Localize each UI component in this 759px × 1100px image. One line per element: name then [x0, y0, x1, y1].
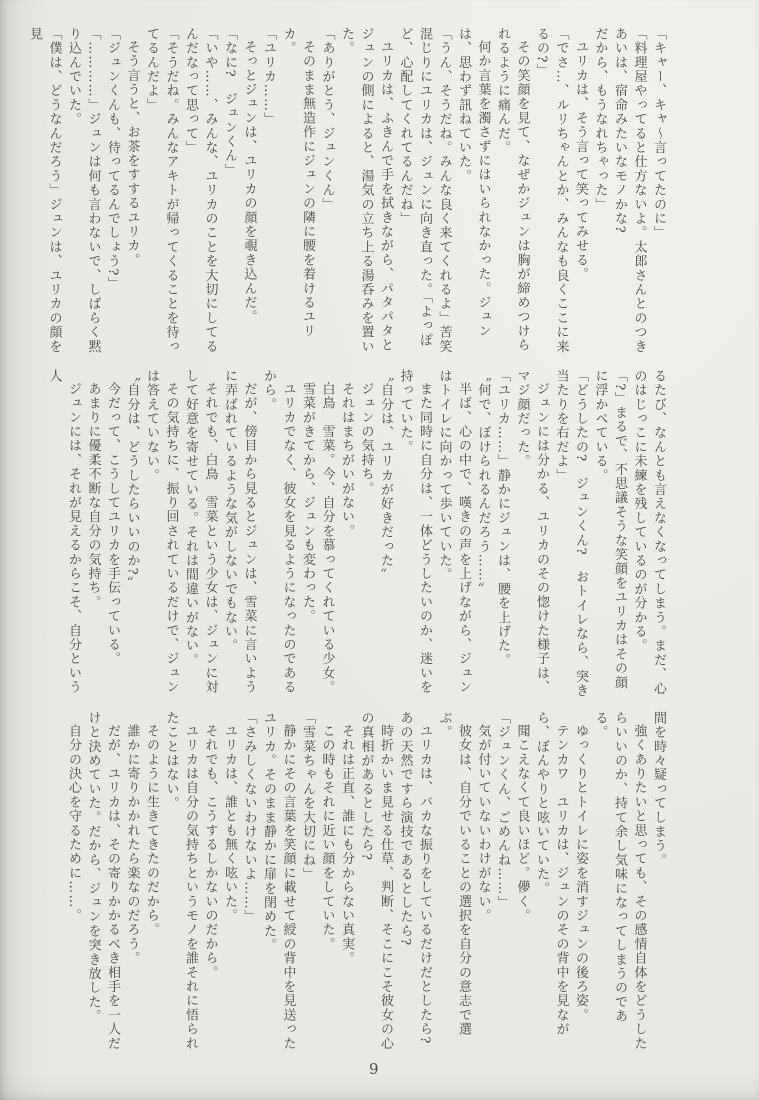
paragraph: ジュンには分かる、ユリカのその惚けた様子は、マジ顔だった。 — [512, 369, 551, 701]
paragraph: 〝自分は、どうしたらいいのか?〟 — [122, 369, 142, 701]
page-number: 9 — [369, 1060, 379, 1078]
paragraph: 間を時々疑ってしまう。 — [649, 711, 669, 1051]
paragraph: その気持ちに、振り回されているだけで、ジュンは答えていない。 — [142, 369, 181, 701]
paragraph: ユリカは、そう言って笑ってみせる。 — [571, 27, 591, 359]
paragraph: だが、傍目から見るとジュンは、雪菜に言いように弄ばれているような気がしないでもな… — [220, 369, 259, 701]
paragraph: その笑顔を見て、なぜかジュンは胸が締めつけられるように痛んだ。 — [493, 27, 532, 359]
paragraph: それでも、こうするしかないのだから。 — [200, 711, 220, 1051]
paragraph: そう言うと、お茶をすするユリカ。 — [122, 27, 142, 359]
paragraph: テンカワ ユリカは、ジュンのその背中を見ながら、ぼんやりと呟いていた。 — [532, 711, 571, 1051]
paragraph: 「いや……、みんな、ユリカのことを大切にしてるんだなって思って」 — [181, 27, 220, 359]
paragraph: ジュンの気持ち。 — [356, 369, 376, 701]
paragraph: ゆっくりとトイレに姿を消すジュンの後ろ姿。 — [571, 711, 591, 1051]
scanned-book-page: 「キャー、キャ〜言ってたのに」「料理屋やってると仕方ないよ。太郎さんとのつきあい… — [0, 0, 759, 1100]
paragraph: 雪菜がきてから、ジュンも変わった。 — [298, 369, 318, 701]
paragraph: 彼女は、自分でいることの選択を自分の意志で選ぶ。 — [434, 711, 473, 1051]
paragraph: 「でさ…、ルリちゃんとか、みんなも良くここに来るの?」 — [532, 27, 571, 359]
paragraph: だから、もうなれちゃった」 — [590, 27, 610, 359]
paragraph: 「ユリカ……」静かにジュンは、腰を上げた。 — [493, 369, 513, 701]
paragraph: あまりに優柔不断な自分の気持ち。 — [83, 369, 103, 701]
paragraph: 「そうだね。みんなアキトが帰ってくることを待ってるんだよ」 — [142, 27, 181, 359]
paragraph: 気が付いていないわけがない。 — [473, 711, 493, 1051]
paragraph: 誰かに寄りかかれたら楽なのだろう。 — [122, 711, 142, 1051]
paragraph: 強くありたいと思っても、その感情自体をどうしたらいいのか、持て余し気味になってし… — [590, 711, 649, 1051]
paragraph: 聞こえなくて良いほど。儚く。 — [512, 711, 532, 1051]
paragraph: 「…………」ジュンは何も言わないで、しばらく黙り込んでいた。 — [64, 27, 103, 359]
paragraph: 「うん、そうだね。みんな良く来てくれるよ」苦笑混じりにユリカは、ジュンに向き直っ… — [395, 27, 454, 359]
text-block-middle: るたび、なんとも言えなくなってしまう。まだ、心のはじっこに未練を残しているのが分… — [44, 369, 668, 701]
paragraph: また同時に自分は、一体どうしたいのか、迷いを持っていた。 — [395, 369, 434, 701]
paragraph: るたび、なんとも言えなくなってしまう。まだ、心のはじっこに未練を残しているのが分… — [629, 369, 668, 701]
paragraph: 「?」まるで、不思議そうな笑顔をユリカはその顔に浮かべている。 — [590, 369, 629, 701]
paragraph: ユリカでなく、彼女を見るようになったのであるから。 — [259, 369, 298, 701]
paragraph: ユリカは自分の気持ちというモノを誰それに悟られたことはない。 — [161, 711, 200, 1051]
paragraph: この時もそれに近い顔をしていた。 — [317, 711, 337, 1051]
paragraph: 〝自分は、ユリカが好きだった〟 — [376, 369, 396, 701]
paragraph: 静かにその言葉を笑顔に載せて綬の背中を見送ったユリカ。そのまま静かに扉を閉めた。 — [259, 711, 298, 1051]
paragraph: 「なに? ジュンくん」 — [220, 27, 240, 359]
paragraph: それでも、白鳥 雪菜という少女は、ジュンに対して好意を寄せている。それは間違いが… — [181, 369, 220, 701]
paragraph: ジュンには、それが見えるからこそ、自分という人 — [44, 369, 83, 701]
paragraph: ユリカは、バカな振りをしているだけだとしたら? あの天然ですら演技であるとしたら… — [395, 711, 434, 1051]
paragraph: だが、ユリカは、その寄りかかるべき相手を一人だけと決めていた。だから、ジュンを突… — [83, 711, 122, 1051]
paragraph: 時折かいま見せる仕草、判断、そこにこそ彼女の心の真相があるとしたら? — [356, 711, 395, 1051]
paragraph: 「ジュンくん、ごめんね……」 — [493, 711, 513, 1051]
paragraph: そのまま無造作にジュンの隣に腰を着けるユリカ。 — [278, 27, 317, 359]
paragraph: 「ユリカ……」 — [259, 27, 279, 359]
paragraph: 〝何で、ぼけられるんだろう……〟 — [473, 369, 493, 701]
paragraph: そっとジュンは、ユリカの顔を覗き込んだ。 — [239, 27, 259, 359]
paragraph: ユリカは、ふきんで手を拭きながら、パタパタとジュンの側によると、湯気の立ち上る湯… — [337, 27, 396, 359]
paragraph: 「どうしたの? ジュンくん? おトイレなら、突き当たりを右だよ」 — [551, 369, 590, 701]
paragraph: 「ありがとう、ジュンくん」 — [317, 27, 337, 359]
paragraph: ユリカは、誰とも無く呟いた。 — [220, 711, 240, 1051]
text-block-bottom: 間を時々疑ってしまう。強くありたいと思っても、その感情自体をどうしたらいいのか、… — [64, 711, 669, 1051]
paragraph: それは正直、誰にも分からない真実。 — [337, 711, 357, 1051]
paragraph: 自分の決心を守るために……。 — [64, 711, 84, 1051]
paragraph: そのように生きてきたのだから。 — [142, 711, 162, 1051]
paragraph: 半ば、心の中で、嘆きの声を上げながら、ジュンはトイレに向かって歩いていた。 — [434, 369, 473, 701]
paragraph: 何か言葉を濁さずにはいられなかった。ジュンは、思わず訊ねていた。 — [454, 27, 493, 359]
paragraph: 「雪菜ちゃんを大切にね」 — [298, 711, 318, 1051]
text-block-top: 「キャー、キャ〜言ってたのに」「料理屋やってると仕方ないよ。太郎さんとのつきあい… — [25, 27, 669, 359]
paragraph: 「さみしくないわけないよ……」 — [239, 711, 259, 1051]
paragraph: それはまちがいがない。 — [337, 369, 357, 701]
paragraph: 「ジュンくんも、待ってるんでしょう?」 — [103, 27, 123, 359]
paragraph: 「僕は、どうなんだろう」ジュンは、ユリカの顔を見 — [25, 27, 64, 359]
paragraph: 「キャー、キャ〜言ってたのに」 — [649, 27, 669, 359]
paragraph: 「料理屋やってると仕方ないよ。太郎さんとのつきあいは、宿命みたいなモノかな? — [610, 27, 649, 359]
paragraph: 今だって、こうしてユリカを手伝っている。 — [103, 369, 123, 701]
paragraph: 白鳥 雪菜。今、自分を慕ってくれている少女。 — [317, 369, 337, 701]
